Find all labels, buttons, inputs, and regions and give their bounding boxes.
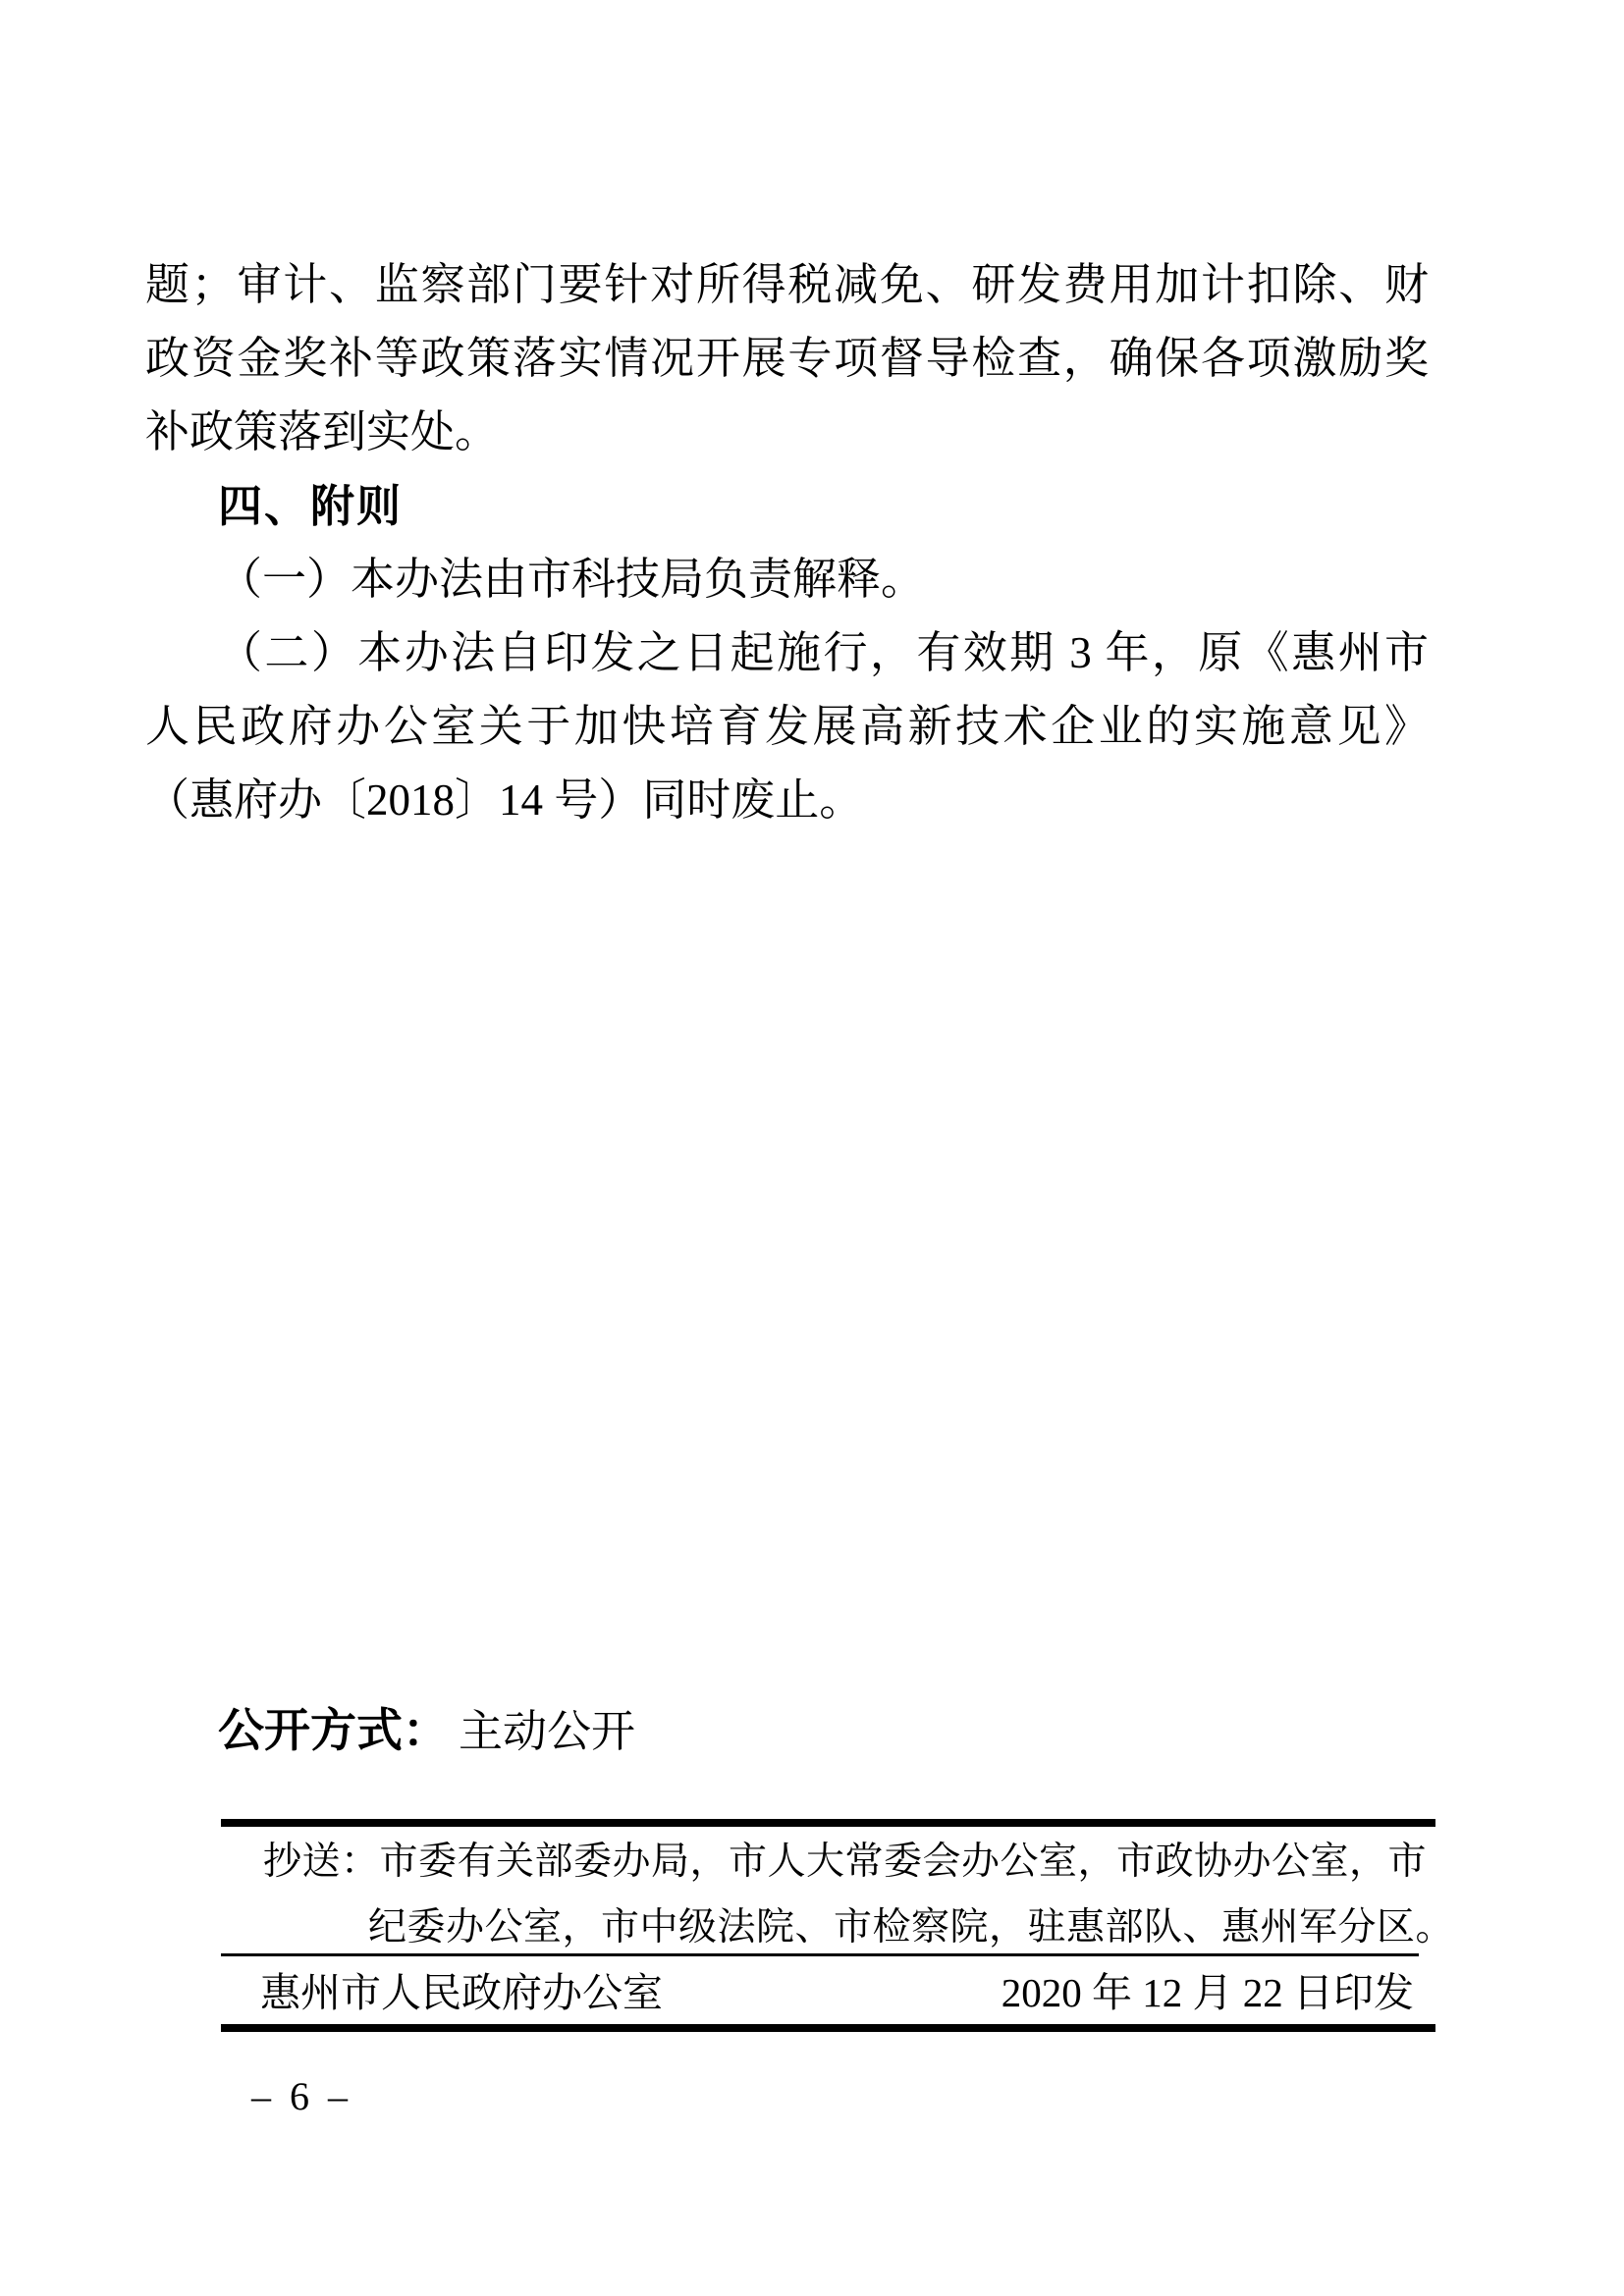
issuer: 惠州市人民政府办公室 — [260, 1969, 663, 2016]
cc-line-1: 抄送：市委有关部委办局，市人大常委会办公室，市政协办公室，市 — [263, 1840, 1427, 1885]
section-heading: 四、附则 — [218, 481, 403, 531]
disclosure-line: 公开方式：主动公开 — [218, 1701, 635, 1761]
issue-row: 惠州市人民政府办公室 2020 年 12 月 22 日印发 — [260, 1969, 1414, 2016]
disclosure-label: 公开方式： — [218, 1704, 449, 1756]
clause-two-line-2: 人民政府办公室关于加快培育发展高新技术企业的实施意见》 — [145, 690, 1429, 764]
clause-one-line: （一）本办法由市科技局负责解释。 — [145, 543, 1429, 616]
page-number: – 6 – — [251, 2075, 348, 2118]
footer-rule-bottom — [221, 2024, 1435, 2032]
footer-rule-top — [221, 1819, 1435, 1827]
section-heading-line: 四、附则 — [145, 469, 1429, 543]
disclosure-value: 主动公开 — [459, 1707, 635, 1756]
body-text-block: 题；审计、监察部门要针对所得税减免、研发费用加计扣除、财 政资金奖补等政策落实情… — [145, 248, 1429, 837]
footer-rule-middle — [221, 1953, 1419, 1956]
body-line-2: 政资金奖补等政策落实情况开展专项督导检查，确保各项激励奖 — [145, 322, 1429, 396]
print-date: 2020 年 12 月 22 日印发 — [1001, 1969, 1414, 2016]
cc-line-2: 纪委办公室，市中级法院、市检察院，驻惠部队、惠州军分区。 — [368, 1905, 1454, 1950]
clause-two-line-3: （惠府办〔2018〕14 号）同时废止。 — [145, 764, 1429, 837]
body-line-3: 补政策落到实处。 — [145, 396, 1429, 469]
clause-two-line-1: （二）本办法自印发之日起施行，有效期 3 年，原《惠州市 — [145, 616, 1429, 690]
document-page: 题；审计、监察部门要针对所得税减免、研发费用加计扣除、财 政资金奖补等政策落实情… — [0, 0, 1624, 2296]
body-line-1: 题；审计、监察部门要针对所得税减免、研发费用加计扣除、财 — [145, 248, 1429, 322]
